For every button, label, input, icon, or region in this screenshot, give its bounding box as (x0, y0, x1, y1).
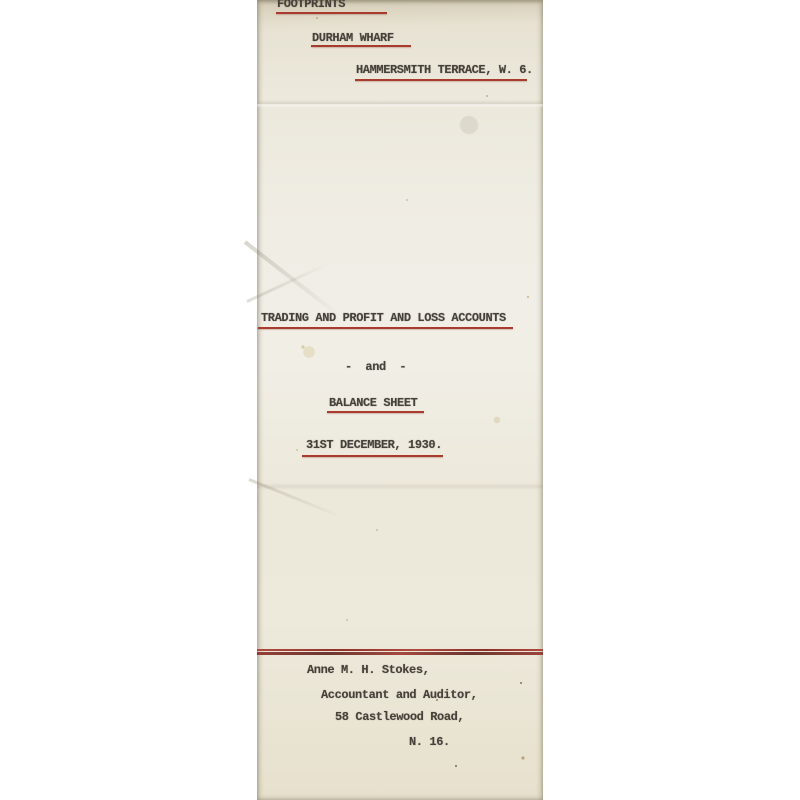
title-connector: - and - (345, 360, 406, 374)
header-wharf-name: DURHAM WHARF (312, 31, 394, 45)
header-address-line: HAMMERSMITH TERRACE, W. 6. (356, 63, 533, 77)
rule-top-line (257, 649, 543, 651)
accountant-name: Anne M. H. Stokes, (307, 663, 429, 677)
underline-title-main (258, 327, 513, 329)
underline-wharf-name (311, 45, 411, 47)
underline-title-date (302, 455, 443, 457)
accountant-role: Accountant and Auditor, (321, 688, 477, 702)
underline-address-line (355, 79, 527, 81)
scan-background: FOOTPRINTS DURHAM WHARF HAMMERSMITH TERR… (0, 0, 800, 800)
title-secondary: BALANCE SHEET (329, 396, 417, 410)
title-date: 31ST DECEMBER, 1930. (306, 438, 442, 452)
accountant-district: N. 16. (409, 735, 450, 749)
underline-title-secondary (327, 411, 424, 413)
title-main: TRADING AND PROFIT AND LOSS ACCOUNTS (261, 311, 506, 325)
accountant-address: 58 Castlewood Road, (335, 710, 464, 724)
rule-bottom-line (257, 652, 543, 655)
underline-company-name (276, 12, 387, 14)
double-red-rule (257, 649, 543, 656)
header-company-name: FOOTPRINTS (277, 0, 345, 11)
